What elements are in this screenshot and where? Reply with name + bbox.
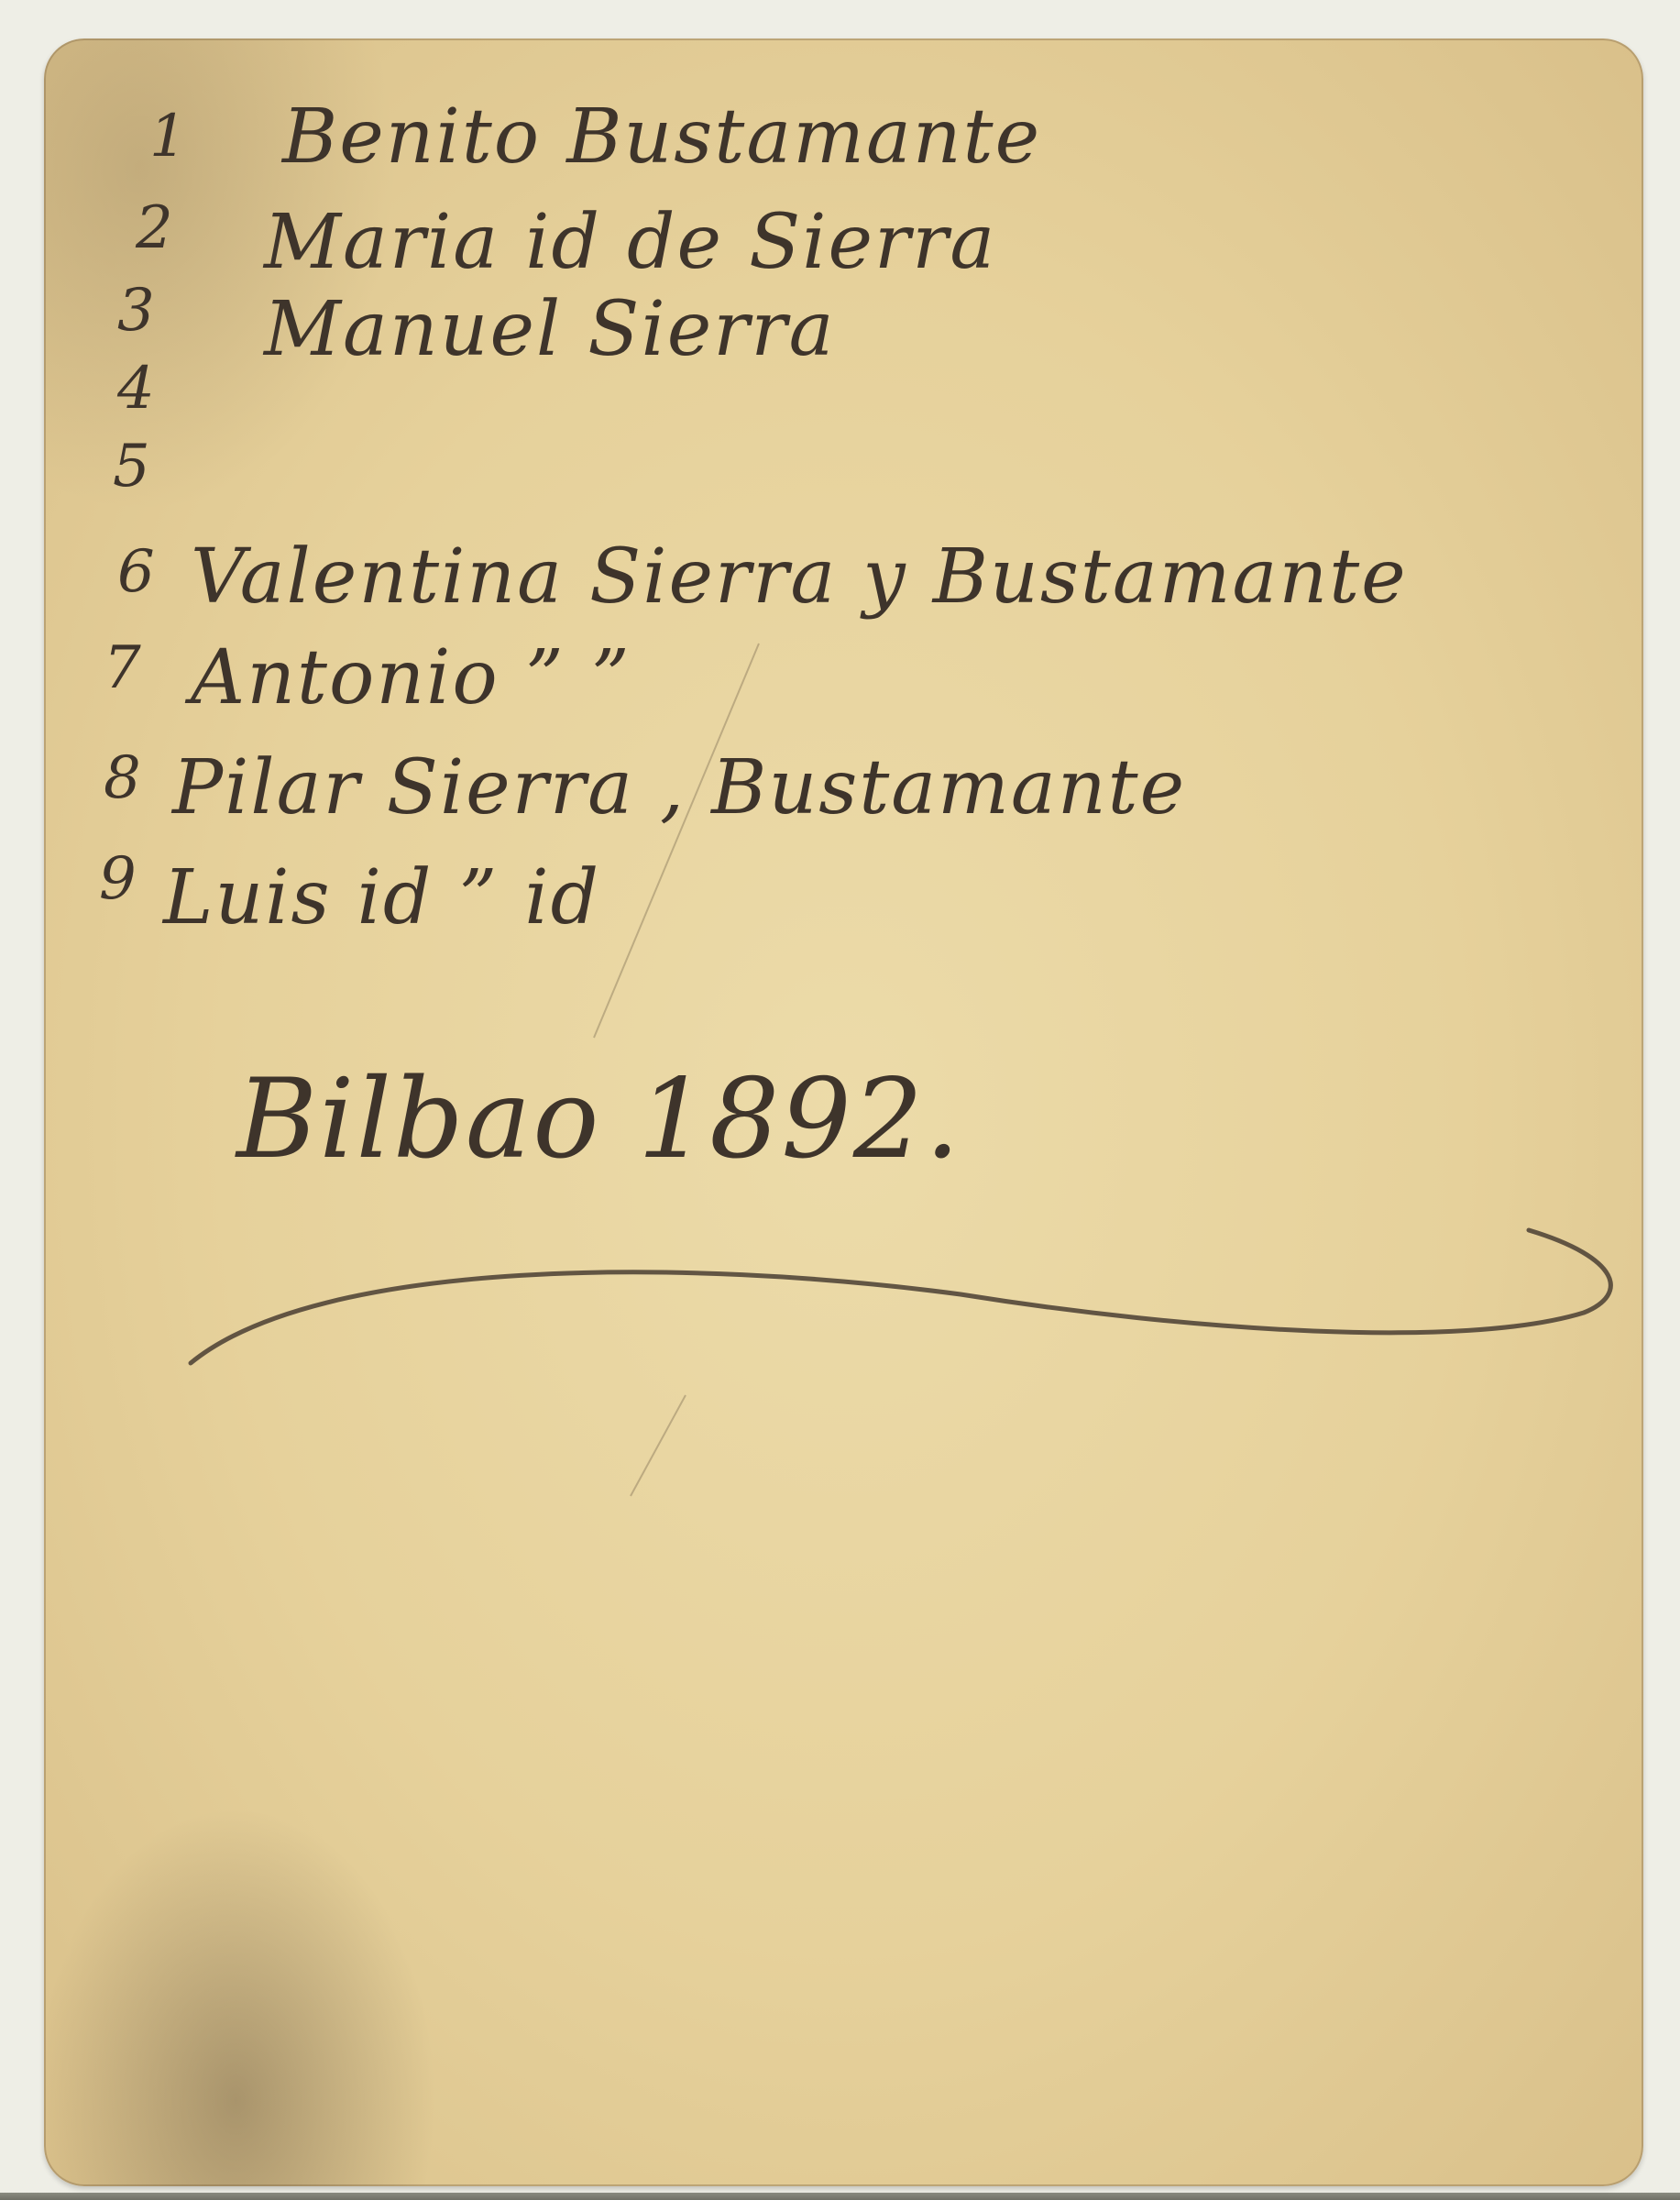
photo-card-back: 1 Benito Bustamante 2 Maria id de Sierra… xyxy=(44,38,1643,2186)
mount-bottom-strip xyxy=(0,2193,1680,2200)
flourish-underline-icon xyxy=(44,38,1643,2186)
